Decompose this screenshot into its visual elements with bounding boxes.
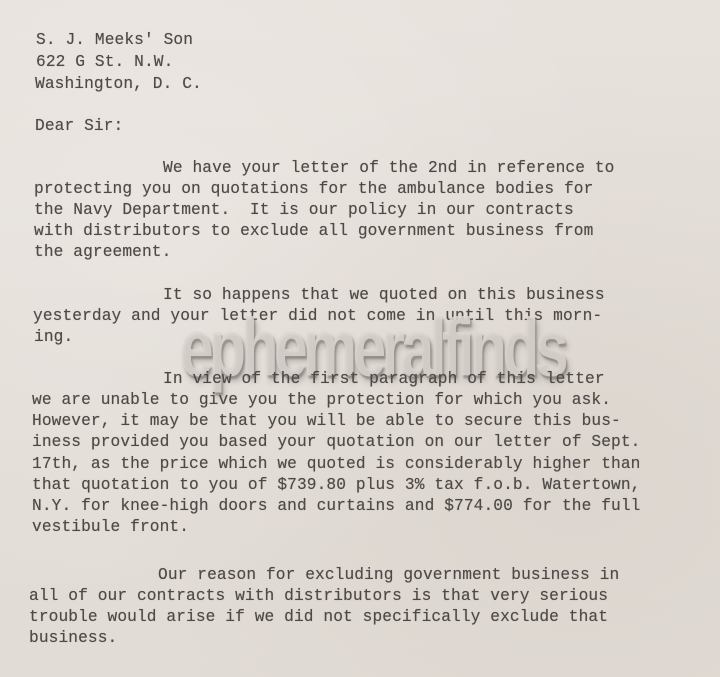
paragraph-3-line: that quotation to you of $739.80 plus 3%… — [32, 477, 640, 493]
address-line-city: Washington, D. C. — [35, 76, 202, 92]
paragraph-3-line: we are unable to give you the protection… — [32, 392, 611, 408]
paragraph-4-line: trouble would arise if we did not specif… — [29, 609, 608, 625]
paragraph-3-line: vestibule front. — [32, 519, 189, 535]
letter-page: S. J. Meeks' Son 622 G St. N.W. Washingt… — [0, 0, 720, 677]
paragraph-1-line: the Navy Department. It is our policy in… — [34, 202, 574, 218]
paragraph-3-line: 17th, as the price which we quoted is co… — [32, 456, 640, 472]
paragraph-1-line: the agreement. — [34, 244, 171, 260]
paragraph-3-line: In view of the first paragraph of this l… — [163, 371, 605, 387]
address-line-name: S. J. Meeks' Son — [36, 32, 193, 48]
paragraph-4-line: business. — [29, 630, 117, 646]
paragraph-2-line: yesterday and your letter did not come i… — [33, 308, 602, 324]
paragraph-4-line: all of our contracts with distributors i… — [29, 588, 608, 604]
address-line-street: 622 G St. N.W. — [36, 54, 173, 70]
paragraph-3-line: However, it may be that you will be able… — [32, 413, 621, 429]
paragraph-4-line: Our reason for excluding government busi… — [158, 567, 619, 583]
salutation: Dear Sir: — [35, 118, 123, 134]
paragraph-1-line: with distributors to exclude all governm… — [34, 223, 593, 239]
paragraph-2-line: It so happens that we quoted on this bus… — [163, 287, 605, 303]
paragraph-3-line: iness provided you based your quotation … — [32, 434, 640, 450]
paragraph-1-line: protecting you on quotations for the amb… — [34, 181, 593, 197]
paragraph-2-line: ing. — [34, 329, 73, 345]
paragraph-3-line: N.Y. for knee-high doors and curtains an… — [32, 498, 640, 514]
paragraph-1-line: We have your letter of the 2nd in refere… — [163, 160, 614, 176]
